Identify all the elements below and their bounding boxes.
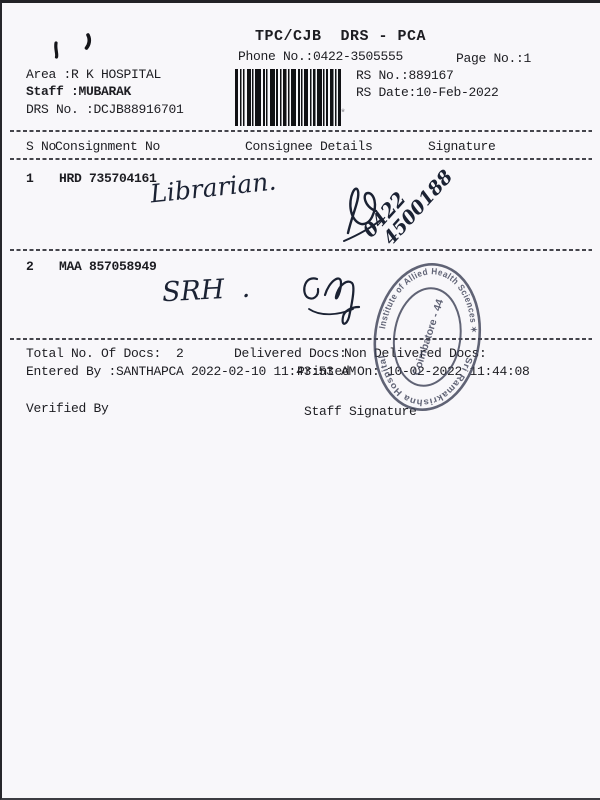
column-header-sno: S No (26, 140, 56, 154)
total-docs-field: Total No. Of Docs: 2 (26, 347, 184, 361)
barcode (235, 69, 341, 126)
document-title: TPC/CJB DRS - PCA (255, 29, 426, 46)
staff-signature-label: Staff Signature (304, 405, 417, 419)
consignee-handwriting: SRH . (161, 273, 251, 309)
separator-line (10, 158, 592, 160)
column-header-signature: Signature (428, 140, 496, 154)
staff-field: Staff :MUBARAK (26, 85, 131, 99)
rs-number-field: RS No.:889167 (356, 69, 454, 83)
column-header-consignment: Consignment No (55, 140, 160, 154)
drs-number-field: DRS No. :DCJB88916701 (26, 103, 184, 117)
signature-handwriting: 0422 4500188 (338, 155, 468, 255)
delivered-docs-field: Delivered Docs: (234, 347, 347, 361)
delivery-run-sheet-scan: TPC/CJB DRS - PCA Phone No.:0422-3505555… (0, 0, 600, 800)
area-field: Area :R K HOSPITAL (26, 68, 161, 82)
verified-by-label: Verified By (26, 402, 109, 416)
row-consignment-no: HRD 735704161 (59, 172, 157, 186)
pen-marks (42, 29, 102, 65)
page-number: Page No.:1 (456, 52, 531, 66)
column-header-consignee: Consignee Details (245, 140, 373, 154)
svg-text:Institute of Allied Health Sci: Institute of Allied Health Sciences ✶ (377, 259, 487, 342)
signature-handwriting (295, 265, 385, 333)
separator-line (10, 249, 592, 251)
rs-date-field: RS Date:10-Feb-2022 (356, 86, 499, 100)
printed-on-field: Printed On: 10-02-2022 11:44:08 (297, 365, 530, 379)
stamp-ring-text-top: Institute of Allied Health Sciences ✶ (377, 259, 487, 342)
phone-number: Phone No.:0422-3505555 (238, 50, 403, 64)
non-delivered-docs-field: Non Delivered Docs: (344, 347, 487, 361)
row-sno: 2 (26, 260, 34, 274)
separator-line (10, 338, 592, 340)
separator-line (10, 130, 592, 132)
row-consignment-no: MAA 857058949 (59, 260, 157, 274)
row-sno: 1 (26, 172, 34, 186)
consignee-handwriting: Librarian. (149, 166, 278, 208)
barcode-mark: * (340, 109, 346, 120)
